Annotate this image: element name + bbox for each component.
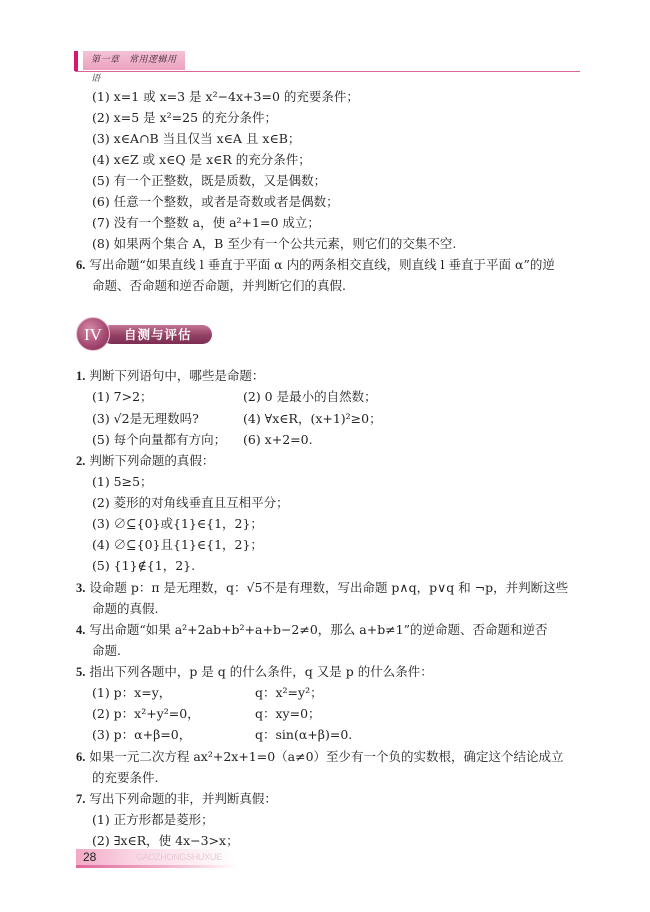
question-4: 4. 写出命题“如果 a²+2ab+b²+a+b−2≠0，那么 a+b≠1”的逆… [76, 622, 548, 638]
question-5-number: 5. [76, 665, 85, 679]
question-6-number: 6. [76, 750, 85, 764]
question-2-item-5: (5) {1}∉{1，2}. [92, 558, 195, 574]
exercise-6-line-1: 写出命题“如果直线 l 垂直于平面 α 内的两条相交直线，则直线 l 垂直于平面… [89, 257, 554, 272]
exercise-5-item-7: (7) 没有一个整数 a，使 a²+1=0 成立； [92, 215, 320, 231]
question-1-number: 1. [76, 369, 85, 383]
exercise-5-item-1: (1) x=1 或 x=3 是 x²−4x+3=0 的充要条件； [92, 89, 359, 105]
exercise-5-item-8: (8) 如果两个集合 A，B 至少有一个公共元素，则它们的交集不空. [92, 236, 456, 252]
question-7: 7. 写出下列命题的非，并判断真假： [76, 791, 277, 807]
exercise-6-line-2: 命题、否命题和逆否命题，并判断它们的真假. [92, 278, 346, 294]
exercise-6: 6. 写出命题“如果直线 l 垂直于平面 α 内的两条相交直线，则直线 l 垂直… [76, 257, 555, 273]
exercise-6-number: 6. [76, 258, 85, 272]
question-2: 2. 判断下列命题的真假： [76, 453, 214, 469]
question-1-item-6: (6) x+2=0. [243, 432, 313, 448]
question-2-item-1: (1) 5≥5； [92, 474, 153, 490]
question-3-line-1: 设命题 p：π 是无理数，q：√5不是有理数，写出命题 p∧q，p∨q 和 ¬p… [89, 580, 568, 595]
question-7-text: 写出下列命题的非，并判断真假： [89, 791, 277, 806]
question-5-row-3-p: (3) p：α+β=0， [92, 727, 191, 743]
question-1-item-4: (4) ∀x∈R，(x+1)²≥0； [243, 411, 382, 427]
question-3-line-2: 命题的真假. [92, 601, 158, 617]
page-footer: 28 GAOZHONGSHUXUE [76, 849, 236, 868]
page-number: 28 [83, 849, 96, 865]
question-1-text: 判断下列语句中，哪些是命题： [89, 368, 264, 383]
exercise-5-item-2: (2) x=5 是 x²=25 的充分条件； [92, 110, 277, 126]
question-2-item-3: (3) ∅⊆{0}或{1}∈{1，2}； [92, 516, 263, 532]
question-7-item-2: (2) ∃x∈R，使 4x−3>x； [92, 833, 239, 849]
question-4-line-2: 命题. [92, 643, 121, 659]
chapter-title: 第一章 常用逻辑用语 [83, 51, 185, 70]
question-2-text: 判断下列命题的真假： [89, 453, 214, 468]
section-title: 自测与评估 [102, 325, 212, 344]
section-numeral-badge: IV [76, 317, 110, 351]
question-1-item-2: (2) 0 是最小的自然数； [243, 389, 377, 405]
question-5-row-1-p: (1) p：x=y， [92, 685, 171, 701]
question-4-number: 4. [76, 623, 85, 637]
exercise-5-item-3: (3) x∈A∩B 当且仅当 x∈A 且 x∈B； [92, 131, 300, 147]
question-1-item-5: (5) 每个向量都有方向； [92, 432, 226, 448]
question-6: 6. 如果一元二次方程 ax²+2x+1=0（a≠0）至少有一个负的实数根，确定… [76, 749, 564, 765]
question-3: 3. 设命题 p：π 是无理数，q：√5不是有理数，写出命题 p∧q，p∨q 和… [76, 580, 568, 596]
header-accent-bar [74, 51, 78, 71]
question-1: 1. 判断下列语句中，哪些是命题： [76, 368, 264, 384]
question-1-item-1: (1) 7>2； [92, 389, 153, 405]
question-1-item-3: (3) √2是无理数吗? [92, 411, 199, 427]
question-6-line-2: 的充要条件. [92, 770, 158, 786]
question-5-row-1-q: q：x²=y²； [255, 685, 323, 701]
question-5-row-2-p: (2) p：x²+y²=0， [92, 706, 200, 722]
exercise-5-item-5: (5) 有一个正整数，既是质数，又是偶数； [92, 173, 326, 189]
question-2-item-2: (2) 菱形的对角线垂直且互相平分； [92, 495, 289, 511]
question-7-item-1: (1) 正方形都是菱形； [92, 812, 214, 828]
question-4-line-1: 写出命题“如果 a²+2ab+b²+a+b−2≠0，那么 a+b≠1”的逆命题、… [89, 622, 547, 637]
exercise-5-item-4: (4) x∈Z 或 x∈Q 是 x∈R 的充分条件； [92, 152, 311, 168]
question-5: 5. 指出下列各题中，p 是 q 的什么条件，q 又是 p 的什么条件： [76, 664, 433, 680]
section-title-text: 自测与评估 [124, 327, 192, 342]
question-2-item-4: (4) ∅⊆{0}且{1}∈{1，2}； [92, 537, 263, 553]
exercise-5-item-6: (6) 任意一个整数，或者是奇数或者是偶数； [92, 194, 339, 210]
section-heading: IV 自测与评估 [76, 317, 216, 351]
question-5-row-2-q: q：xy=0； [255, 706, 321, 722]
question-5-text: 指出下列各题中，p 是 q 的什么条件，q 又是 p 的什么条件： [89, 664, 432, 679]
footer-brand: GAOZHONGSHUXUE [136, 849, 222, 865]
question-2-number: 2. [76, 454, 85, 468]
running-header: 第一章 常用逻辑用语 [75, 51, 580, 72]
question-7-number: 7. [76, 792, 85, 806]
question-3-number: 3. [76, 581, 85, 595]
question-5-row-3-q: q：sin(α+β)=0. [255, 727, 352, 743]
question-6-line-1: 如果一元二次方程 ax²+2x+1=0（a≠0）至少有一个负的实数根，确定这个结… [89, 749, 563, 764]
